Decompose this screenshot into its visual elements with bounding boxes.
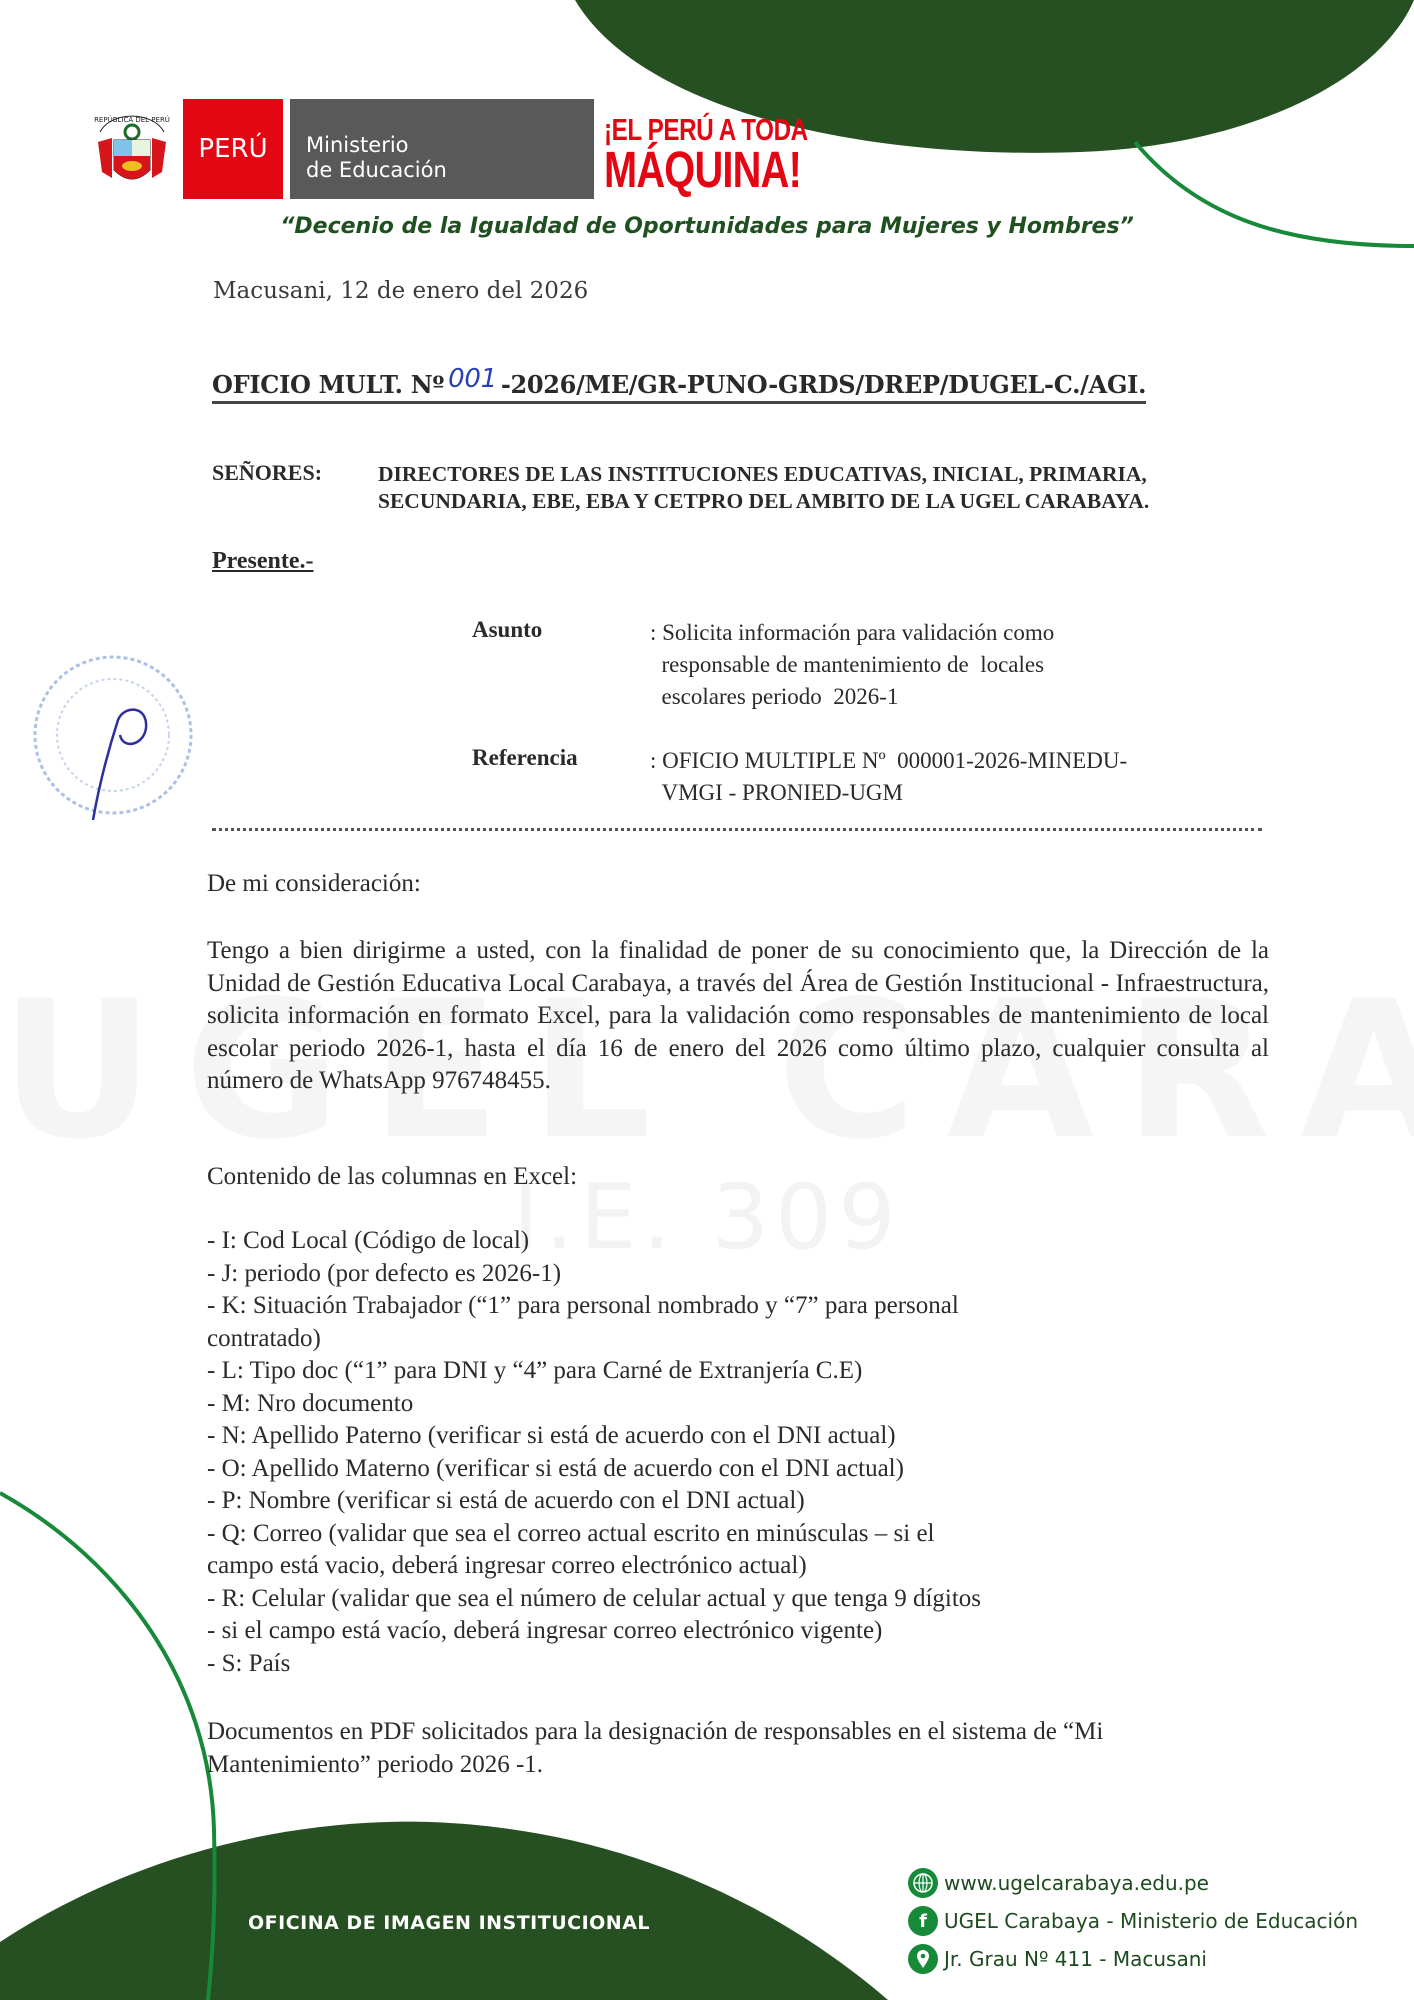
list-item: - M: Nro documento	[207, 1388, 1269, 1421]
peru-label: PERÚ	[198, 134, 267, 164]
facebook-link[interactable]: UGEL Carabaya - Ministerio de Educación	[944, 1909, 1358, 1933]
subject-text: : Solicita información para validación c…	[650, 617, 1210, 713]
list-item: - O: Apellido Materno (verificar si está…	[207, 1453, 1269, 1486]
body-paragraph: Tengo a bien dirigirme a usted, con la f…	[207, 935, 1269, 1098]
ministry-line2: de Educación	[306, 158, 594, 183]
list-item: - S: País	[207, 1648, 1269, 1681]
list-item: - J: periodo (por defecto es 2026-1)	[207, 1258, 1269, 1291]
slogan-line2: MÁQUINA!	[604, 146, 752, 194]
columns-intro: Contenido de las columnas en Excel:	[207, 1163, 1269, 1191]
list-item: - I: Cod Local (Código de local)	[207, 1225, 1269, 1258]
list-item: - K: Situación Trabajador (“1” para pers…	[207, 1290, 1269, 1355]
ministry-line1: Ministerio	[306, 133, 594, 158]
contact-website[interactable]: www.ugelcarabaya.edu.pe	[908, 1868, 1209, 1898]
oficio-number-handwritten: 001	[448, 364, 497, 394]
globe-icon	[908, 1868, 938, 1898]
peru-brand-block: PERÚ	[183, 99, 283, 199]
reference-text: : OFICIO MULTIPLE Nº 000001-2026-MINEDU-…	[650, 745, 1210, 809]
oficio-title: OFICIO MULT. Nº001-2026/ME/GR-PUNO-GRDS/…	[212, 370, 1146, 404]
greeting: De mi consideración:	[207, 870, 1269, 898]
list-item: - P: Nombre (verificar si está de acuerd…	[207, 1485, 1269, 1518]
slogan-logo: ¡EL PERÚ A TODA MÁQUINA!	[604, 114, 752, 194]
list-item: - L: Tipo doc (“1” para DNI y “4” para C…	[207, 1355, 1269, 1388]
svg-text:REPÚBLICA DEL PERÚ: REPÚBLICA DEL PERÚ	[94, 115, 170, 124]
address-text: Jr. Grau Nº 411 - Macusani	[944, 1947, 1207, 1971]
decade-motto: “Decenio de la Igualdad de Oportunidades…	[0, 214, 1414, 239]
separator-dotted-line	[212, 828, 1262, 831]
bottom-green-shape	[0, 1822, 888, 2000]
subject-label: Asunto	[472, 617, 542, 643]
list-item: - Q: Correo (validar que sea el correo a…	[207, 1518, 1269, 1583]
ministry-brand-block: Ministerio de Educación	[290, 99, 594, 199]
excel-columns-list: - I: Cod Local (Código de local) - J: pe…	[207, 1225, 1269, 1680]
location-pin-icon	[908, 1944, 938, 1974]
contact-address: Jr. Grau Nº 411 - Macusani	[908, 1944, 1207, 1974]
documents-paragraph: Documentos en PDF solicitados para la de…	[207, 1716, 1269, 1781]
list-item: - N: Apellido Paterno (verificar si está…	[207, 1420, 1269, 1453]
facebook-icon: f	[908, 1906, 938, 1936]
official-seal-signature-icon	[28, 650, 203, 825]
contact-facebook[interactable]: f UGEL Carabaya - Ministerio de Educació…	[908, 1906, 1358, 1936]
letter-date: Macusani, 12 de enero del 2026	[213, 278, 588, 304]
recipients-text: DIRECTORES DE LAS INSTITUCIONES EDUCATIV…	[378, 461, 1238, 515]
reference-label: Referencia	[472, 745, 578, 771]
presente-heading: Presente.-	[212, 548, 314, 575]
oficio-suffix: -2026/ME/GR-PUNO-GRDS/DREP/DUGEL-C./AGI.	[501, 370, 1146, 399]
footer-office-name: OFICINA DE IMAGEN INSTITUCIONAL	[248, 1912, 650, 1934]
oficio-prefix: OFICIO MULT. Nº	[212, 370, 444, 399]
website-link[interactable]: www.ugelcarabaya.edu.pe	[944, 1871, 1209, 1895]
recipients-label: SEÑORES:	[212, 460, 322, 486]
peru-coat-of-arms-icon: REPÚBLICA DEL PERÚ	[92, 108, 172, 196]
list-item: - R: Celular (validar que sea el número …	[207, 1583, 1269, 1648]
